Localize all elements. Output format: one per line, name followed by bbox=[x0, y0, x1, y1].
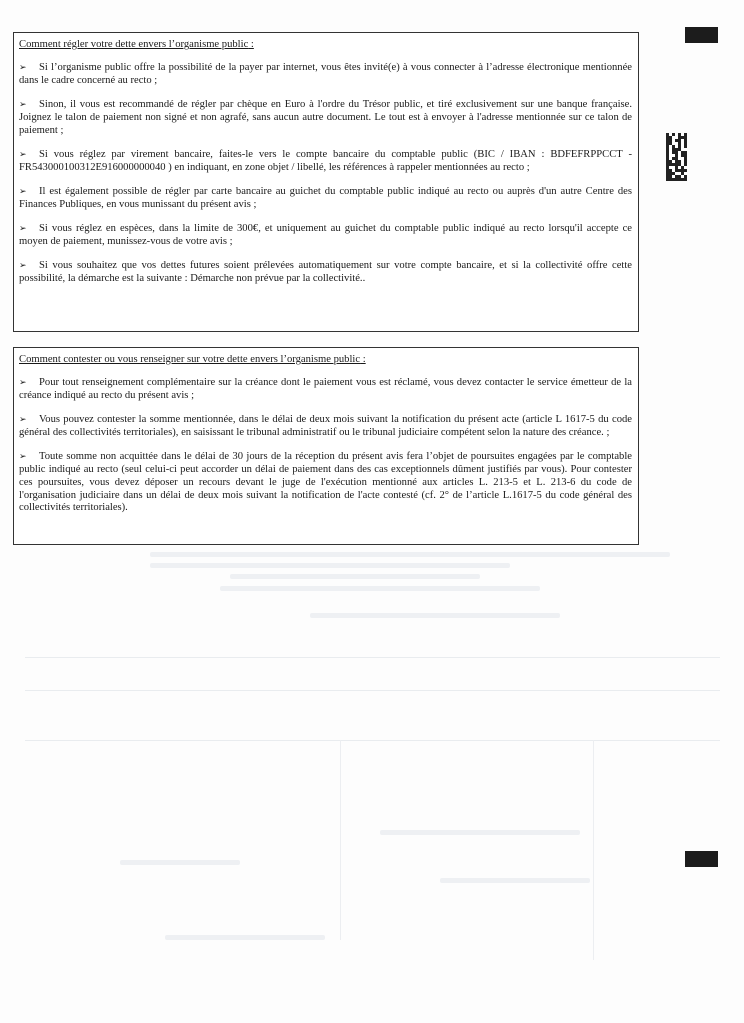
contest-section-title: Comment contester ou vous renseigner sur… bbox=[19, 353, 632, 366]
contest-item-dispute: ➢Vous pouvez contester la somme mentionn… bbox=[19, 413, 632, 440]
ghost-line bbox=[150, 563, 510, 568]
payment-item-text: Sinon, il vous est recommandé de régler … bbox=[19, 99, 632, 136]
payment-item-text: Si vous réglez en espèces, dans la limit… bbox=[19, 223, 632, 247]
payment-item-card: ➢Il est également possible de régler par… bbox=[19, 185, 632, 212]
ghost-line bbox=[165, 935, 325, 940]
contest-title-text: Comment contester ou vous renseigner sur… bbox=[19, 354, 360, 365]
registration-mark-bottom bbox=[685, 851, 718, 867]
ghost-line bbox=[220, 586, 540, 591]
arrow-bullet-icon: ➢ bbox=[19, 376, 39, 389]
payment-item-internet: ➢Si l’organisme public offre la possibil… bbox=[19, 61, 632, 88]
payment-item-text: Si vous souhaitez que vos dettes futures… bbox=[19, 260, 632, 284]
registration-mark-top bbox=[685, 27, 718, 43]
arrow-bullet-icon: ➢ bbox=[19, 222, 39, 235]
ghost-line bbox=[150, 552, 670, 557]
arrow-bullet-icon: ➢ bbox=[19, 98, 39, 111]
ghost-rule bbox=[25, 690, 720, 691]
ghost-line bbox=[440, 878, 590, 883]
ghost-rule bbox=[25, 740, 720, 741]
payment-item-direct-debit: ➢Si vous souhaitez que vos dettes future… bbox=[19, 259, 632, 286]
ghost-rule bbox=[25, 657, 720, 658]
payment-item-transfer: ➢Si vous réglez par virement bancaire, f… bbox=[19, 148, 632, 175]
arrow-bullet-icon: ➢ bbox=[19, 148, 39, 161]
payment-item-text: Si vous réglez par virement bancaire, fa… bbox=[19, 149, 632, 173]
contest-title-colon: : bbox=[360, 354, 366, 365]
contest-item-text: Pour tout renseignement complémentaire s… bbox=[19, 377, 632, 401]
contest-item-text: Vous pouvez contester la somme mentionné… bbox=[19, 414, 632, 438]
payment-title-colon: : bbox=[248, 39, 254, 50]
payment-section-title: Comment régler votre dette envers l’orga… bbox=[19, 38, 632, 51]
arrow-bullet-icon: ➢ bbox=[19, 413, 39, 426]
payment-instructions-box: Comment régler votre dette envers l’orga… bbox=[13, 32, 639, 332]
payment-title-text: Comment régler votre dette envers l’orga… bbox=[19, 39, 248, 50]
payment-item-cheque: ➢Sinon, il vous est recommandé de régler… bbox=[19, 98, 632, 137]
ghost-line bbox=[230, 574, 480, 579]
ghost-rule bbox=[340, 740, 341, 940]
payment-item-text: Si l’organisme public offre la possibili… bbox=[19, 62, 632, 86]
payment-item-cash: ➢Si vous réglez en espèces, dans la limi… bbox=[19, 222, 632, 249]
datamatrix-icon bbox=[666, 133, 687, 183]
ghost-line bbox=[380, 830, 580, 835]
contest-item-prosecution: ➢Toute somme non acquittée dans le délai… bbox=[19, 450, 632, 515]
arrow-bullet-icon: ➢ bbox=[19, 185, 39, 198]
ghost-rule bbox=[593, 740, 594, 960]
arrow-bullet-icon: ➢ bbox=[19, 450, 39, 463]
arrow-bullet-icon: ➢ bbox=[19, 259, 39, 272]
ghost-line bbox=[310, 613, 560, 618]
arrow-bullet-icon: ➢ bbox=[19, 61, 39, 74]
contest-item-information: ➢Pour tout renseignement complémentaire … bbox=[19, 376, 632, 403]
ghost-line bbox=[120, 860, 240, 865]
contest-instructions-box: Comment contester ou vous renseigner sur… bbox=[13, 347, 639, 545]
contest-item-text: Toute somme non acquittée dans le délai … bbox=[19, 451, 632, 513]
payment-item-text: Il est également possible de régler par … bbox=[19, 186, 632, 210]
